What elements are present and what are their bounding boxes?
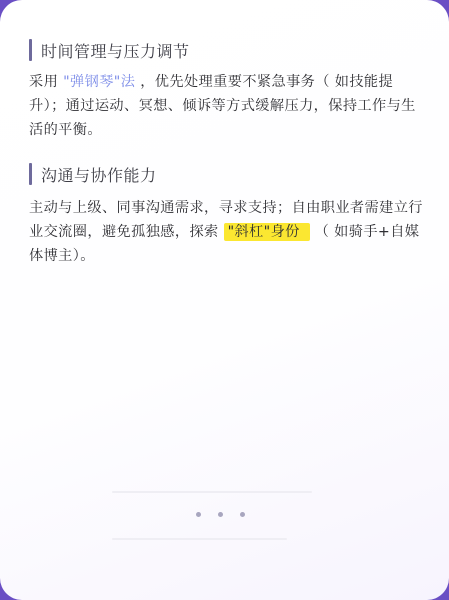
page-dot-2[interactable] xyxy=(218,512,223,517)
section-accent-bar xyxy=(29,39,32,61)
divider-bottom xyxy=(112,538,287,540)
section-title-communication: 沟通与协作能力 xyxy=(29,163,157,185)
link-piano-method[interactable]: "弹钢琴"法 xyxy=(63,74,135,90)
divider-top xyxy=(112,491,312,493)
section-body-communication: 主动与上级、同事沟通需求，寻求支持；自由职业者需建立行业交流圈，避免孤独感，探索… xyxy=(29,196,424,268)
section-body-time-management: 采用 "弹钢琴"法 ，优先处理重要不紧急事务（ 如技能提升）；通过运动、冥想、倾… xyxy=(29,70,424,142)
highlight-slash-identity: "斜杠"身份 xyxy=(224,223,310,241)
body-text: 采用 xyxy=(29,74,63,90)
page-dot-1[interactable] xyxy=(196,512,201,517)
pagination-dots xyxy=(196,512,245,517)
page-dot-3[interactable] xyxy=(240,512,245,517)
section-title-time-management: 时间管理与压力调节 xyxy=(29,39,190,61)
section-accent-bar xyxy=(29,163,32,185)
section-title-text: 沟通与协作能力 xyxy=(41,163,157,186)
content-card: 时间管理与压力调节 采用 "弹钢琴"法 ，优先处理重要不紧急事务（ 如技能提升）… xyxy=(0,0,449,600)
section-title-text: 时间管理与压力调节 xyxy=(41,39,190,62)
